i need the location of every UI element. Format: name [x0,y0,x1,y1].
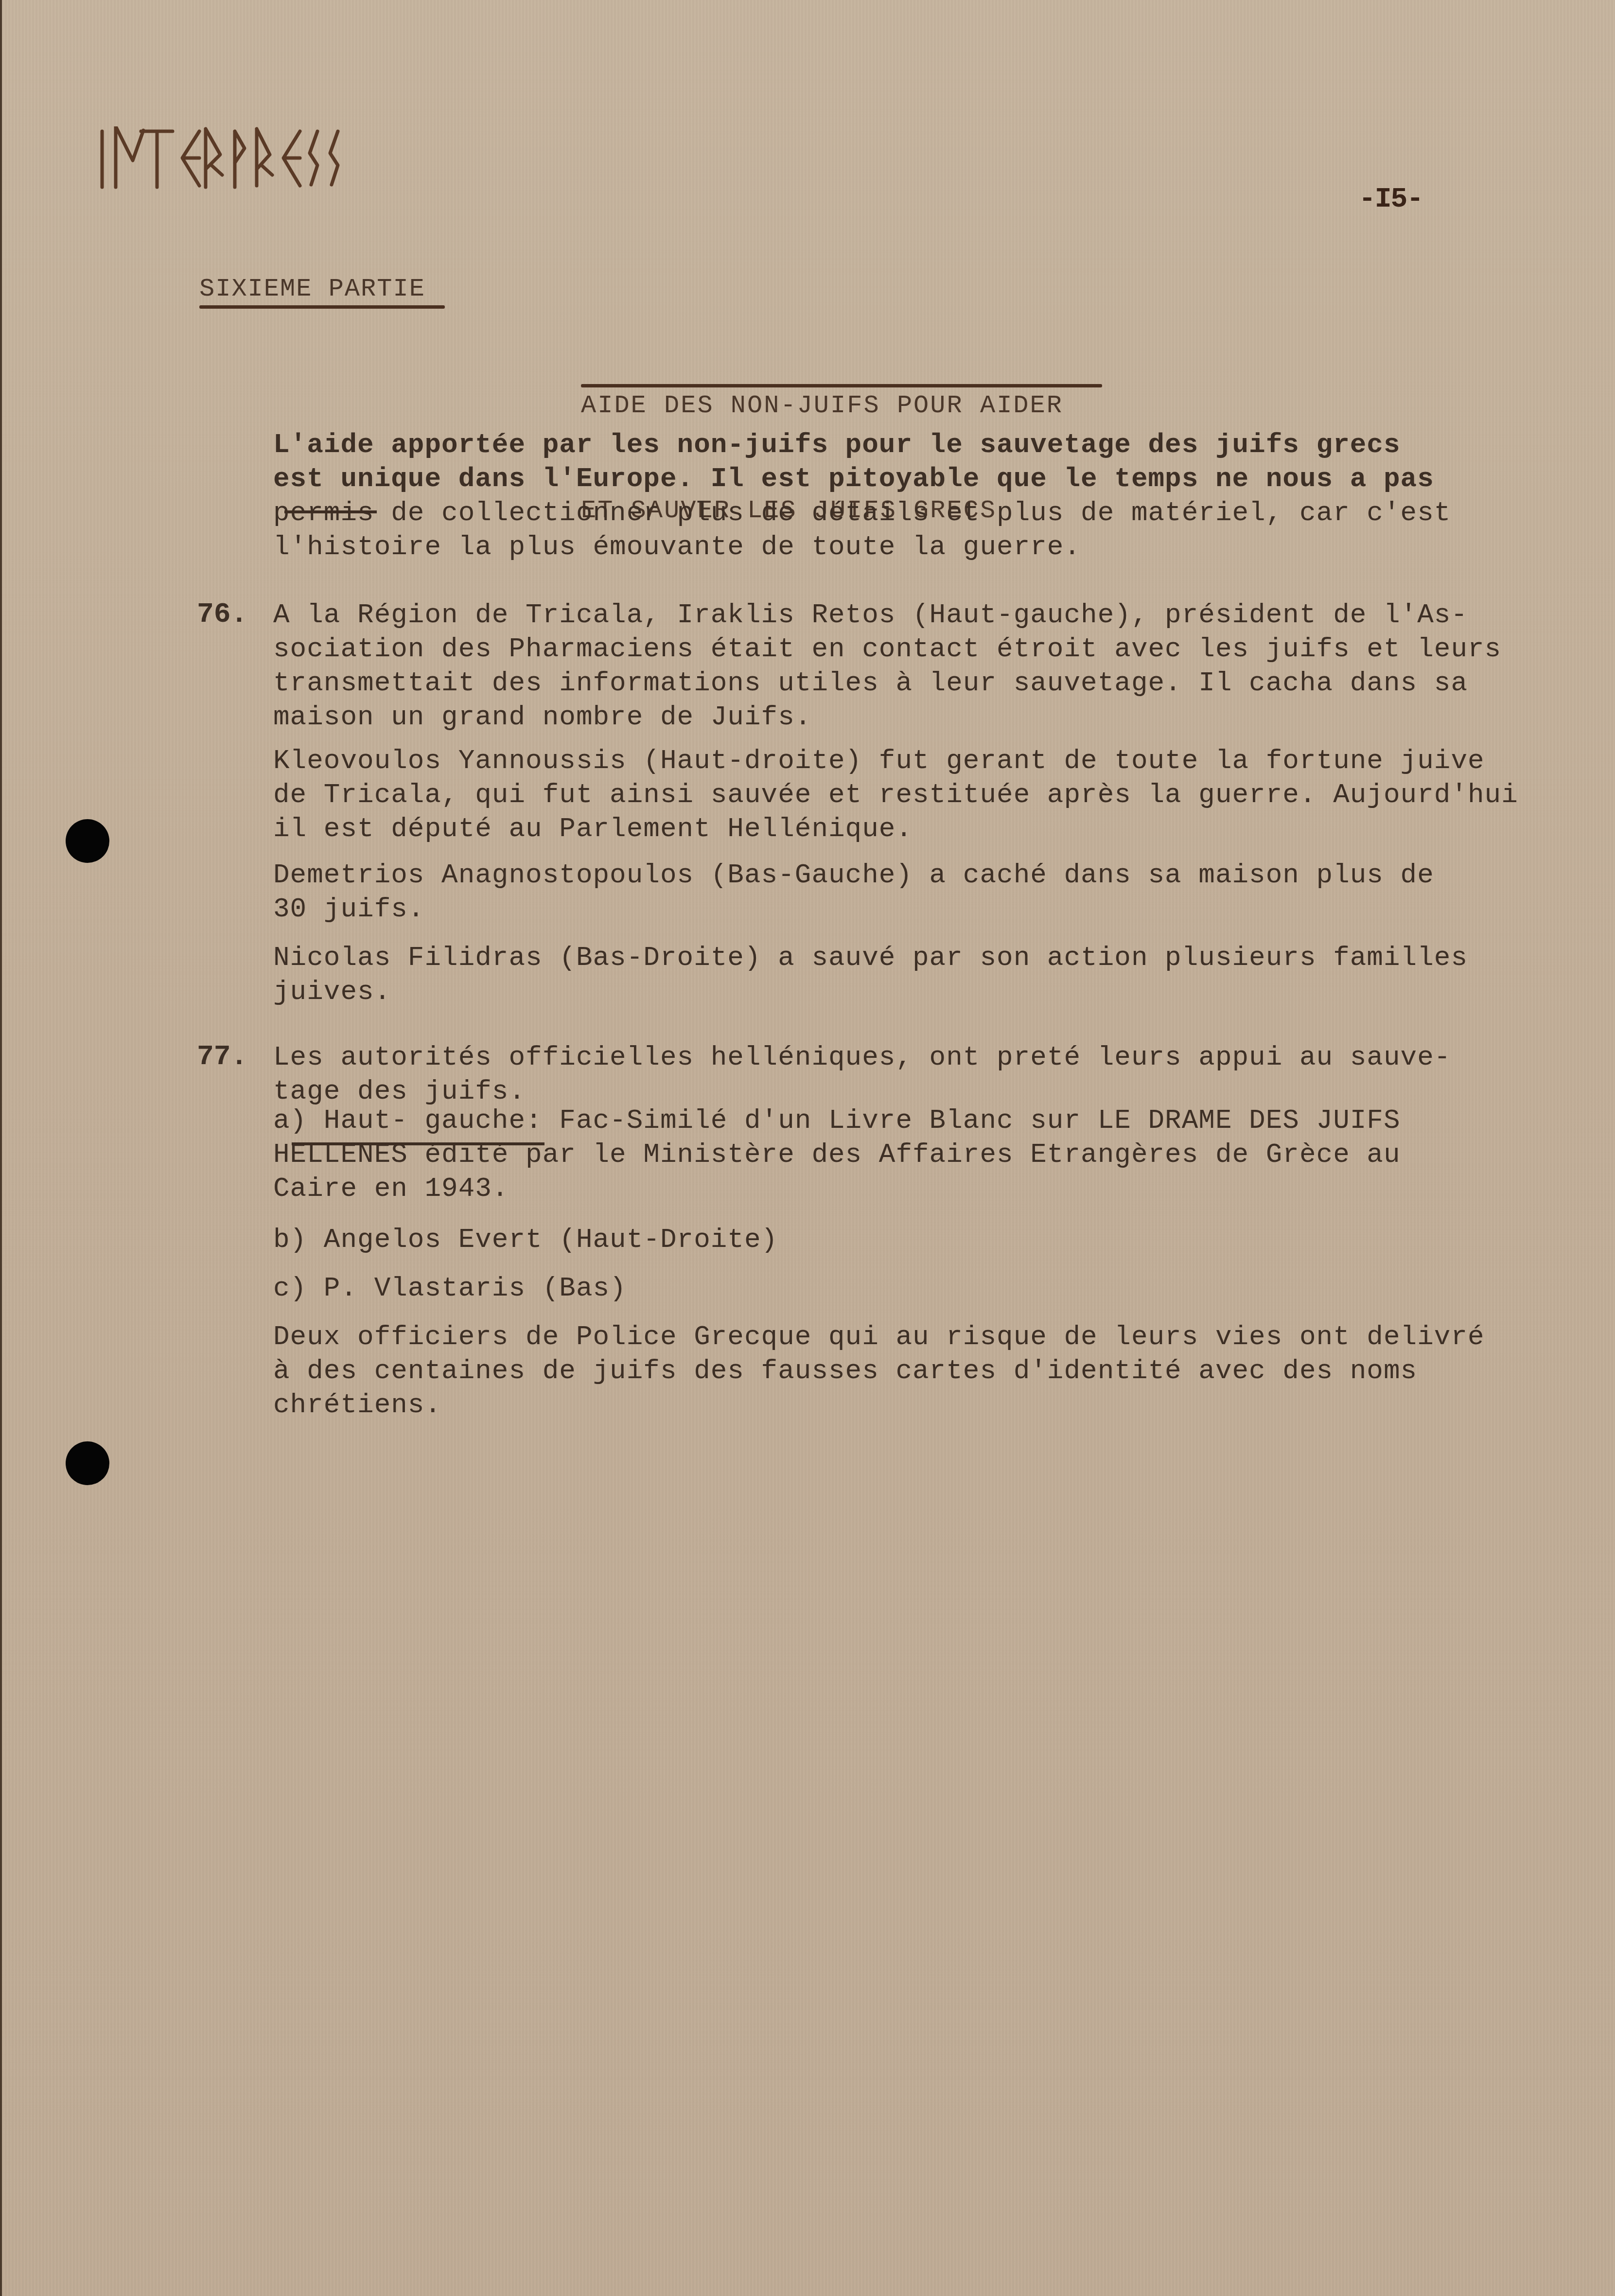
page-number: -I5- [1359,184,1422,215]
runic-letters-logo-icon [95,126,639,199]
section-76-paragraph-2: Kleovoulos Yannoussis (Haut-droite) fut … [273,744,1518,846]
section-76-paragraph-4: Nicolas Filidras (Bas-Droite) a sauvé pa… [273,941,1468,1009]
punch-hole-icon [66,1441,109,1485]
text-line: Caire en 1943. [273,1172,1401,1206]
text-line: transmettait des informations utiles à l… [273,666,1501,700]
text-line: Kleovoulos Yannoussis (Haut-droite) fut … [273,744,1518,778]
text-line: a) Haut- gauche: Fac-Similé d'un Livre B… [273,1104,1401,1138]
text-line: A la Région de Tricala, Iraklis Retos (H… [273,598,1501,632]
section-77-item-a: a) Haut- gauche: Fac-Similé d'un Livre B… [273,1104,1401,1206]
text-line: permis de collectionner plus de détails … [273,496,1451,530]
text-line: juives. [273,975,1468,1009]
text-line: maison un grand nombre de Juifs. [273,700,1501,734]
text-line: à des centaines de juifs des fausses car… [273,1354,1485,1388]
section-77-closing: Deux officiers de Police Grecque qui au … [273,1320,1485,1422]
section-76-paragraph-3: Demetrios Anagnostopoulos (Bas-Gauche) a… [273,858,1434,926]
text-line: chrétiens. [273,1388,1485,1422]
section-number-77: 77. [197,1040,247,1074]
text-line: Les autorités officielles helléniques, o… [273,1040,1451,1074]
section-76-paragraph-1: A la Région de Tricala, Iraklis Retos (H… [273,598,1501,734]
part-title-underline [199,305,445,309]
text-line: 30 juifs. [273,892,1434,926]
text-line: sociation des Pharmaciens était en conta… [273,632,1501,666]
section-title-underline [581,384,1102,387]
section-77-item-c: c) P. Vlastaris (Bas) [273,1271,627,1305]
handwritten-underline [284,510,377,513]
text-line: b) Angelos Evert (Haut-Droite) [273,1223,778,1257]
text-line: Demetrios Anagnostopoulos (Bas-Gauche) a… [273,858,1434,892]
text-line: Deux officiers de Police Grecque qui au … [273,1320,1485,1354]
part-title: SIXIEME PARTIE [199,272,425,306]
section-77-intro: Les autorités officielles helléniques, o… [273,1040,1451,1108]
text-line: c) P. Vlastaris (Bas) [273,1271,627,1305]
section-77-item-b: b) Angelos Evert (Haut-Droite) [273,1223,778,1257]
section-number-76: 76. [197,598,247,632]
section-title-line-1: AIDE DES NON-JUIFS POUR AIDER [581,388,1063,423]
text-line: est unique dans l'Europe. Il est pitoyab… [273,462,1451,496]
text-line: L'aide apportée par les non-juifs pour l… [273,428,1451,462]
punch-hole-icon [66,819,109,863]
text-line: l'histoire la plus émouvante de toute la… [273,530,1451,564]
page-edge [0,0,2,2296]
intro-paragraph: L'aide apportée par les non-juifs pour l… [273,428,1451,564]
text-line: de Tricala, qui fut ainsi sauvée et rest… [273,778,1518,812]
text-line: Nicolas Filidras (Bas-Droite) a sauvé pa… [273,941,1468,975]
text-line: il est député au Parlement Hellénique. [273,812,1518,846]
handwritten-underline [292,1142,544,1145]
